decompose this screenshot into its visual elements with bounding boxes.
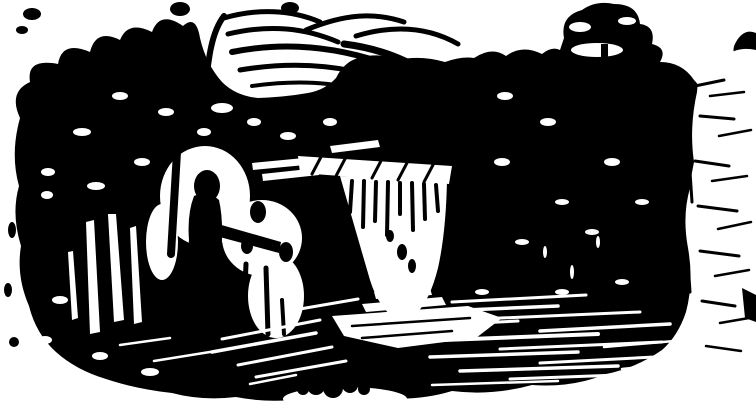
stone	[358, 383, 370, 395]
foliage-fleck	[515, 239, 529, 245]
foliage-fleck	[141, 368, 159, 376]
foliage-fleck	[112, 92, 128, 100]
brink-streak	[412, 183, 413, 230]
foliage-fleck	[604, 158, 620, 166]
companion-head-shadow	[250, 201, 266, 223]
companion-leg-gap	[243, 264, 246, 332]
tall-tree-trunk	[601, 44, 608, 90]
tree-gap	[618, 17, 636, 25]
tree-gap	[571, 43, 623, 57]
foliage-fleck	[475, 289, 489, 295]
foliage-fleck	[73, 128, 91, 136]
foliage-fleck	[87, 182, 105, 190]
rock-hatch-stroke	[690, 172, 692, 202]
companion-shadow	[279, 242, 293, 262]
foliage-fleck	[247, 118, 261, 126]
brink-streak	[424, 184, 425, 219]
edge-fleck	[8, 222, 16, 238]
foliage-fleck	[38, 336, 52, 344]
rock-hatch-stroke	[688, 262, 690, 292]
brink-streak	[375, 182, 376, 221]
foliage-fleck	[41, 168, 55, 176]
foliage-fleck	[555, 199, 569, 205]
foliage-fleck	[540, 118, 556, 126]
foliage-fleck	[52, 296, 68, 304]
stone	[342, 377, 358, 393]
foliage-fleck	[41, 191, 53, 199]
canopy-blob	[16, 26, 28, 34]
brink-streak	[363, 181, 364, 227]
foliage-fleck	[585, 229, 599, 235]
foliage-fleck	[197, 128, 211, 136]
stone	[323, 378, 343, 398]
foliage-fleck	[615, 279, 629, 285]
foliage-fleck	[635, 199, 649, 205]
brink-streak	[350, 181, 352, 212]
canopy-blob	[170, 2, 190, 16]
edge-fleck	[4, 283, 12, 297]
edge-fleck	[9, 337, 19, 347]
foliage-fleck	[92, 352, 108, 360]
brink-streak	[436, 185, 438, 211]
foliage-fleck	[596, 236, 600, 248]
companion-shadow	[241, 238, 253, 254]
foliage-fleck	[543, 246, 547, 258]
cascade-fleck	[397, 244, 407, 260]
tree-gap	[569, 22, 591, 32]
brink-streak	[387, 182, 388, 235]
foliage-fleck	[570, 265, 574, 279]
foliage-fleck	[494, 158, 510, 166]
foliage-fleck	[497, 92, 513, 100]
foliage-fleck	[134, 158, 150, 166]
companion-leg-gap	[266, 268, 268, 334]
canopy-blob	[23, 8, 41, 20]
companion-leg-gap	[282, 300, 284, 334]
foliage-fleck	[555, 289, 569, 295]
woodcut-illustration	[0, 0, 756, 412]
foliage-fleck	[323, 118, 337, 126]
foliage-fleck	[158, 108, 174, 116]
cascade-fleck	[408, 259, 416, 273]
cascade-fleck	[386, 230, 394, 242]
foliage-fleck	[211, 103, 233, 113]
foliage-fleck	[280, 132, 296, 140]
stone	[307, 377, 325, 395]
